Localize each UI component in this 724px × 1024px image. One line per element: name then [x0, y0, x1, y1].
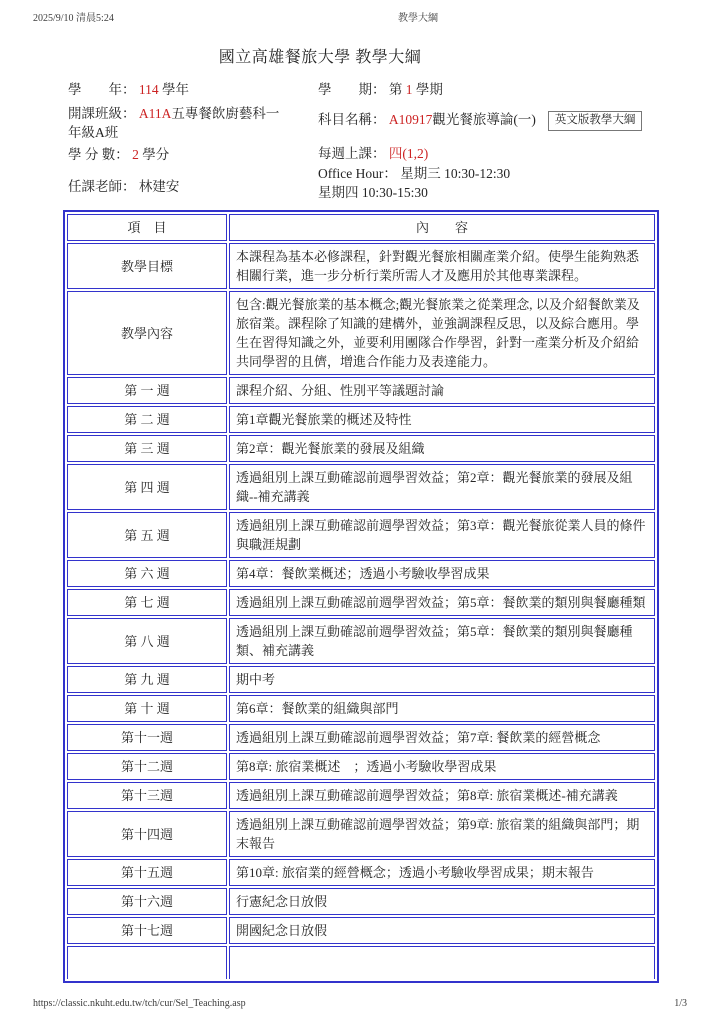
- week-row: 第 三 週 第2章：觀光餐旅業的發展及組織: [67, 435, 655, 462]
- cutoff-content-cell: [229, 946, 655, 979]
- credits-value: 2: [132, 147, 139, 162]
- syllabus-table-container: 項 目 內 容 教學目標 本課程為基本必修課程，針對觀光餐旅相關產業介紹。使學生…: [63, 210, 659, 992]
- field-weekly-class: 每週上課： 四(1,2): [318, 144, 668, 163]
- credits-label: 學 分 數：: [68, 147, 132, 162]
- goal-text: 本課程為基本必修課程，針對觀光餐旅相關產業介紹。使學生能夠熟悉相關行業，進一步分…: [229, 243, 655, 289]
- week-content: 期中考: [229, 666, 655, 693]
- field-class: 開課班級： A11A五專餐飲廚藝科一年級A班: [68, 104, 280, 142]
- field-credits: 學 分 數： 2 學分: [68, 145, 280, 164]
- week-content: 透過組別上課互動確認前週學習效益；第7章: 餐飲業的經營概念: [229, 724, 655, 751]
- weekly-label: 每週上課：: [318, 146, 389, 161]
- week-row: 第十七週 開國紀念日放假: [67, 917, 655, 944]
- week-label: 第十三週: [67, 782, 227, 809]
- field-teacher: 任課老師： 林建安: [68, 177, 280, 196]
- week-content: 第4章：餐飲業概述；透過小考驗收學習成果: [229, 560, 655, 587]
- print-doc-title: 教學大綱: [398, 9, 438, 24]
- week-row: 第 二 週 第1章觀光餐旅業的概述及特性: [67, 406, 655, 433]
- week-row: 第十一週 透過組別上課互動確認前週學習效益；第7章: 餐飲業的經營概念: [67, 724, 655, 751]
- course-info: 學 年： 114 學年 開課班級： A11A五專餐飲廚藝科一年級A班 學 分 數…: [68, 80, 668, 202]
- course-info-right: 學 期： 第 1 學期 科目名稱： A10917觀光餐旅導論(一)英文版教學大綱…: [318, 80, 668, 202]
- week-row: 第 一 週 課程介紹、分組、性別平等議題討論: [67, 377, 655, 404]
- week-content: 透過組別上課互動確認前週學習效益；第9章: 旅宿業的組織與部門；期末報告: [229, 811, 655, 857]
- week-label: 第 二 週: [67, 406, 227, 433]
- week-content: 透過組別上課互動確認前週學習效益；第3章：觀光餐旅從業人員的條件 與職涯規劃: [229, 512, 655, 558]
- week-label: 第十一週: [67, 724, 227, 751]
- week-label: 第 五 週: [67, 512, 227, 558]
- week-rows: 第 一 週 課程介紹、分組、性別平等議題討論 第 二 週 第1章觀光餐旅業的概述…: [67, 377, 655, 944]
- credits-suffix: 學分: [139, 147, 169, 162]
- week-label: 第十四週: [67, 811, 227, 857]
- week-label: 第 六 週: [67, 560, 227, 587]
- goal-label: 教學目標: [67, 243, 227, 289]
- table-header-row: 項 目 內 容: [67, 214, 655, 241]
- cutoff-item-cell: [67, 946, 227, 979]
- weekly-value: 四(1,2): [389, 146, 428, 161]
- week-row: 第十四週 透過組別上課互動確認前週學習效益；第9章: 旅宿業的組織與部門；期末報…: [67, 811, 655, 857]
- subject-code: A10917: [389, 112, 433, 127]
- week-label: 第 九 週: [67, 666, 227, 693]
- syllabus-page: 2025/9/10 清晨5:24 教學大綱 國立高雄餐旅大學 教學大綱 學 年：…: [0, 0, 724, 1024]
- subject-name: 觀光餐旅導論(一): [432, 112, 536, 127]
- table-header-item: 項 目: [67, 214, 227, 241]
- syllabus-table: 項 目 內 容 教學目標 本課程為基本必修課程，針對觀光餐旅相關產業介紹。使學生…: [63, 210, 659, 983]
- week-row: 第 五 週 透過組別上課互動確認前週學習效益；第3章：觀光餐旅從業人員的條件 與…: [67, 512, 655, 558]
- semester-label: 學 期：: [318, 82, 389, 97]
- table-header-content: 內 容: [229, 214, 655, 241]
- field-subject: 科目名稱： A10917觀光餐旅導論(一)英文版教學大綱: [318, 110, 668, 131]
- week-row: 第 六 週 第4章：餐飲業概述；透過小考驗收學習成果: [67, 560, 655, 587]
- week-row: 第 八 週 透過組別上課互動確認前週學習效益；第5章：餐飲業的類別與餐廳種類、補…: [67, 618, 655, 664]
- week-content: 透過組別上課互動確認前週學習效益；第5章：餐飲業的類別與餐廳種類: [229, 589, 655, 616]
- week-content: 第10章: 旅宿業的經營概念；透過小考驗收學習成果；期末報告: [229, 859, 655, 886]
- office-hour-line1: 星期三 10:30-12:30: [397, 166, 510, 181]
- week-row: 第十二週 第8章: 旅宿業概述 ；透過小考驗收學習成果: [67, 753, 655, 780]
- week-content: 第8章: 旅宿業概述 ；透過小考驗收學習成果: [229, 753, 655, 780]
- week-label: 第十七週: [67, 917, 227, 944]
- week-row: 第 七 週 透過組別上課互動確認前週學習效益；第5章：餐飲業的類別與餐廳種類: [67, 589, 655, 616]
- field-office-hour: Office Hour： 星期三 10:30-12:30: [318, 164, 668, 183]
- week-row: 第 四 週 透過組別上課互動確認前週學習效益；第2章：觀光餐旅業的發展及組織--…: [67, 464, 655, 510]
- print-timestamp: 2025/9/10 清晨5:24: [33, 9, 114, 24]
- week-content: 行憲紀念日放假: [229, 888, 655, 915]
- week-label: 第 十 週: [67, 695, 227, 722]
- week-label: 第十五週: [67, 859, 227, 886]
- content-label: 教學內容: [67, 291, 227, 375]
- page-title: 國立高雄餐旅大學 教學大綱: [0, 44, 640, 67]
- table-row-cutoff: [67, 946, 655, 979]
- class-code: A11A: [139, 106, 172, 121]
- course-info-left: 學 年： 114 學年 開課班級： A11A五專餐飲廚藝科一年級A班 學 分 數…: [68, 80, 318, 202]
- field-semester: 學 期： 第 1 學期: [318, 80, 668, 99]
- week-content: 透過組別上課互動確認前週學習效益；第5章：餐飲業的類別與餐廳種類、補充講義: [229, 618, 655, 664]
- semester-value: 1: [406, 82, 413, 97]
- week-row: 第十三週 透過組別上課互動確認前週學習效益；第8章: 旅宿業概述-補充講義: [67, 782, 655, 809]
- week-content: 透過組別上課互動確認前週學習效益；第8章: 旅宿業概述-補充講義: [229, 782, 655, 809]
- week-row: 第十五週 第10章: 旅宿業的經營概念；透過小考驗收學習成果；期末報告: [67, 859, 655, 886]
- week-label: 第 一 週: [67, 377, 227, 404]
- week-content: 第1章觀光餐旅業的概述及特性: [229, 406, 655, 433]
- semester-prefix: 第: [389, 82, 406, 97]
- content-row: 教學內容 包含:觀光餐旅業的基本概念;觀光餐旅業之從業理念, 以及介紹餐飲業及旅…: [67, 291, 655, 375]
- teacher-label: 任課老師：: [68, 179, 139, 194]
- week-row: 第十六週 行憲紀念日放假: [67, 888, 655, 915]
- week-label: 第 八 週: [67, 618, 227, 664]
- week-row: 第 九 週 期中考: [67, 666, 655, 693]
- week-content: 透過組別上課互動確認前週學習效益；第2章：觀光餐旅業的發展及組織--補充講義: [229, 464, 655, 510]
- content-text: 包含:觀光餐旅業的基本概念;觀光餐旅業之從業理念, 以及介紹餐飲業及旅宿業。課程…: [229, 291, 655, 375]
- year-value: 114: [139, 82, 159, 97]
- week-content: 第6章：餐飲業的組織與部門: [229, 695, 655, 722]
- week-label: 第 四 週: [67, 464, 227, 510]
- week-content: 開國紀念日放假: [229, 917, 655, 944]
- office-hour-line2: 星期四 10:30-15:30: [318, 185, 428, 200]
- field-year: 學 年： 114 學年: [68, 80, 280, 99]
- class-label: 開課班級：: [68, 106, 139, 121]
- week-label: 第 七 週: [67, 589, 227, 616]
- field-office-hour-line2: 星期四 10:30-15:30: [318, 183, 668, 202]
- week-content: 課程介紹、分組、性別平等議題討論: [229, 377, 655, 404]
- footer-url: https://classic.nkuht.edu.tw/tch/cur/Sel…: [33, 998, 246, 1009]
- week-content: 第2章：觀光餐旅業的發展及組織: [229, 435, 655, 462]
- week-label: 第十六週: [67, 888, 227, 915]
- week-row: 第 十 週 第6章：餐飲業的組織與部門: [67, 695, 655, 722]
- semester-suffix: 學期: [413, 82, 443, 97]
- year-label: 學 年：: [68, 82, 139, 97]
- subject-label: 科目名稱：: [318, 112, 389, 127]
- office-hour-label: Office Hour：: [318, 166, 397, 181]
- week-label: 第十二週: [67, 753, 227, 780]
- teacher-value: 林建安: [139, 179, 180, 194]
- goal-row: 教學目標 本課程為基本必修課程，針對觀光餐旅相關產業介紹。使學生能夠熟悉相關行業…: [67, 243, 655, 289]
- week-label: 第 三 週: [67, 435, 227, 462]
- english-version-button[interactable]: 英文版教學大綱: [548, 111, 643, 131]
- page-number: 1/3: [674, 998, 687, 1009]
- year-suffix: 學年: [159, 82, 189, 97]
